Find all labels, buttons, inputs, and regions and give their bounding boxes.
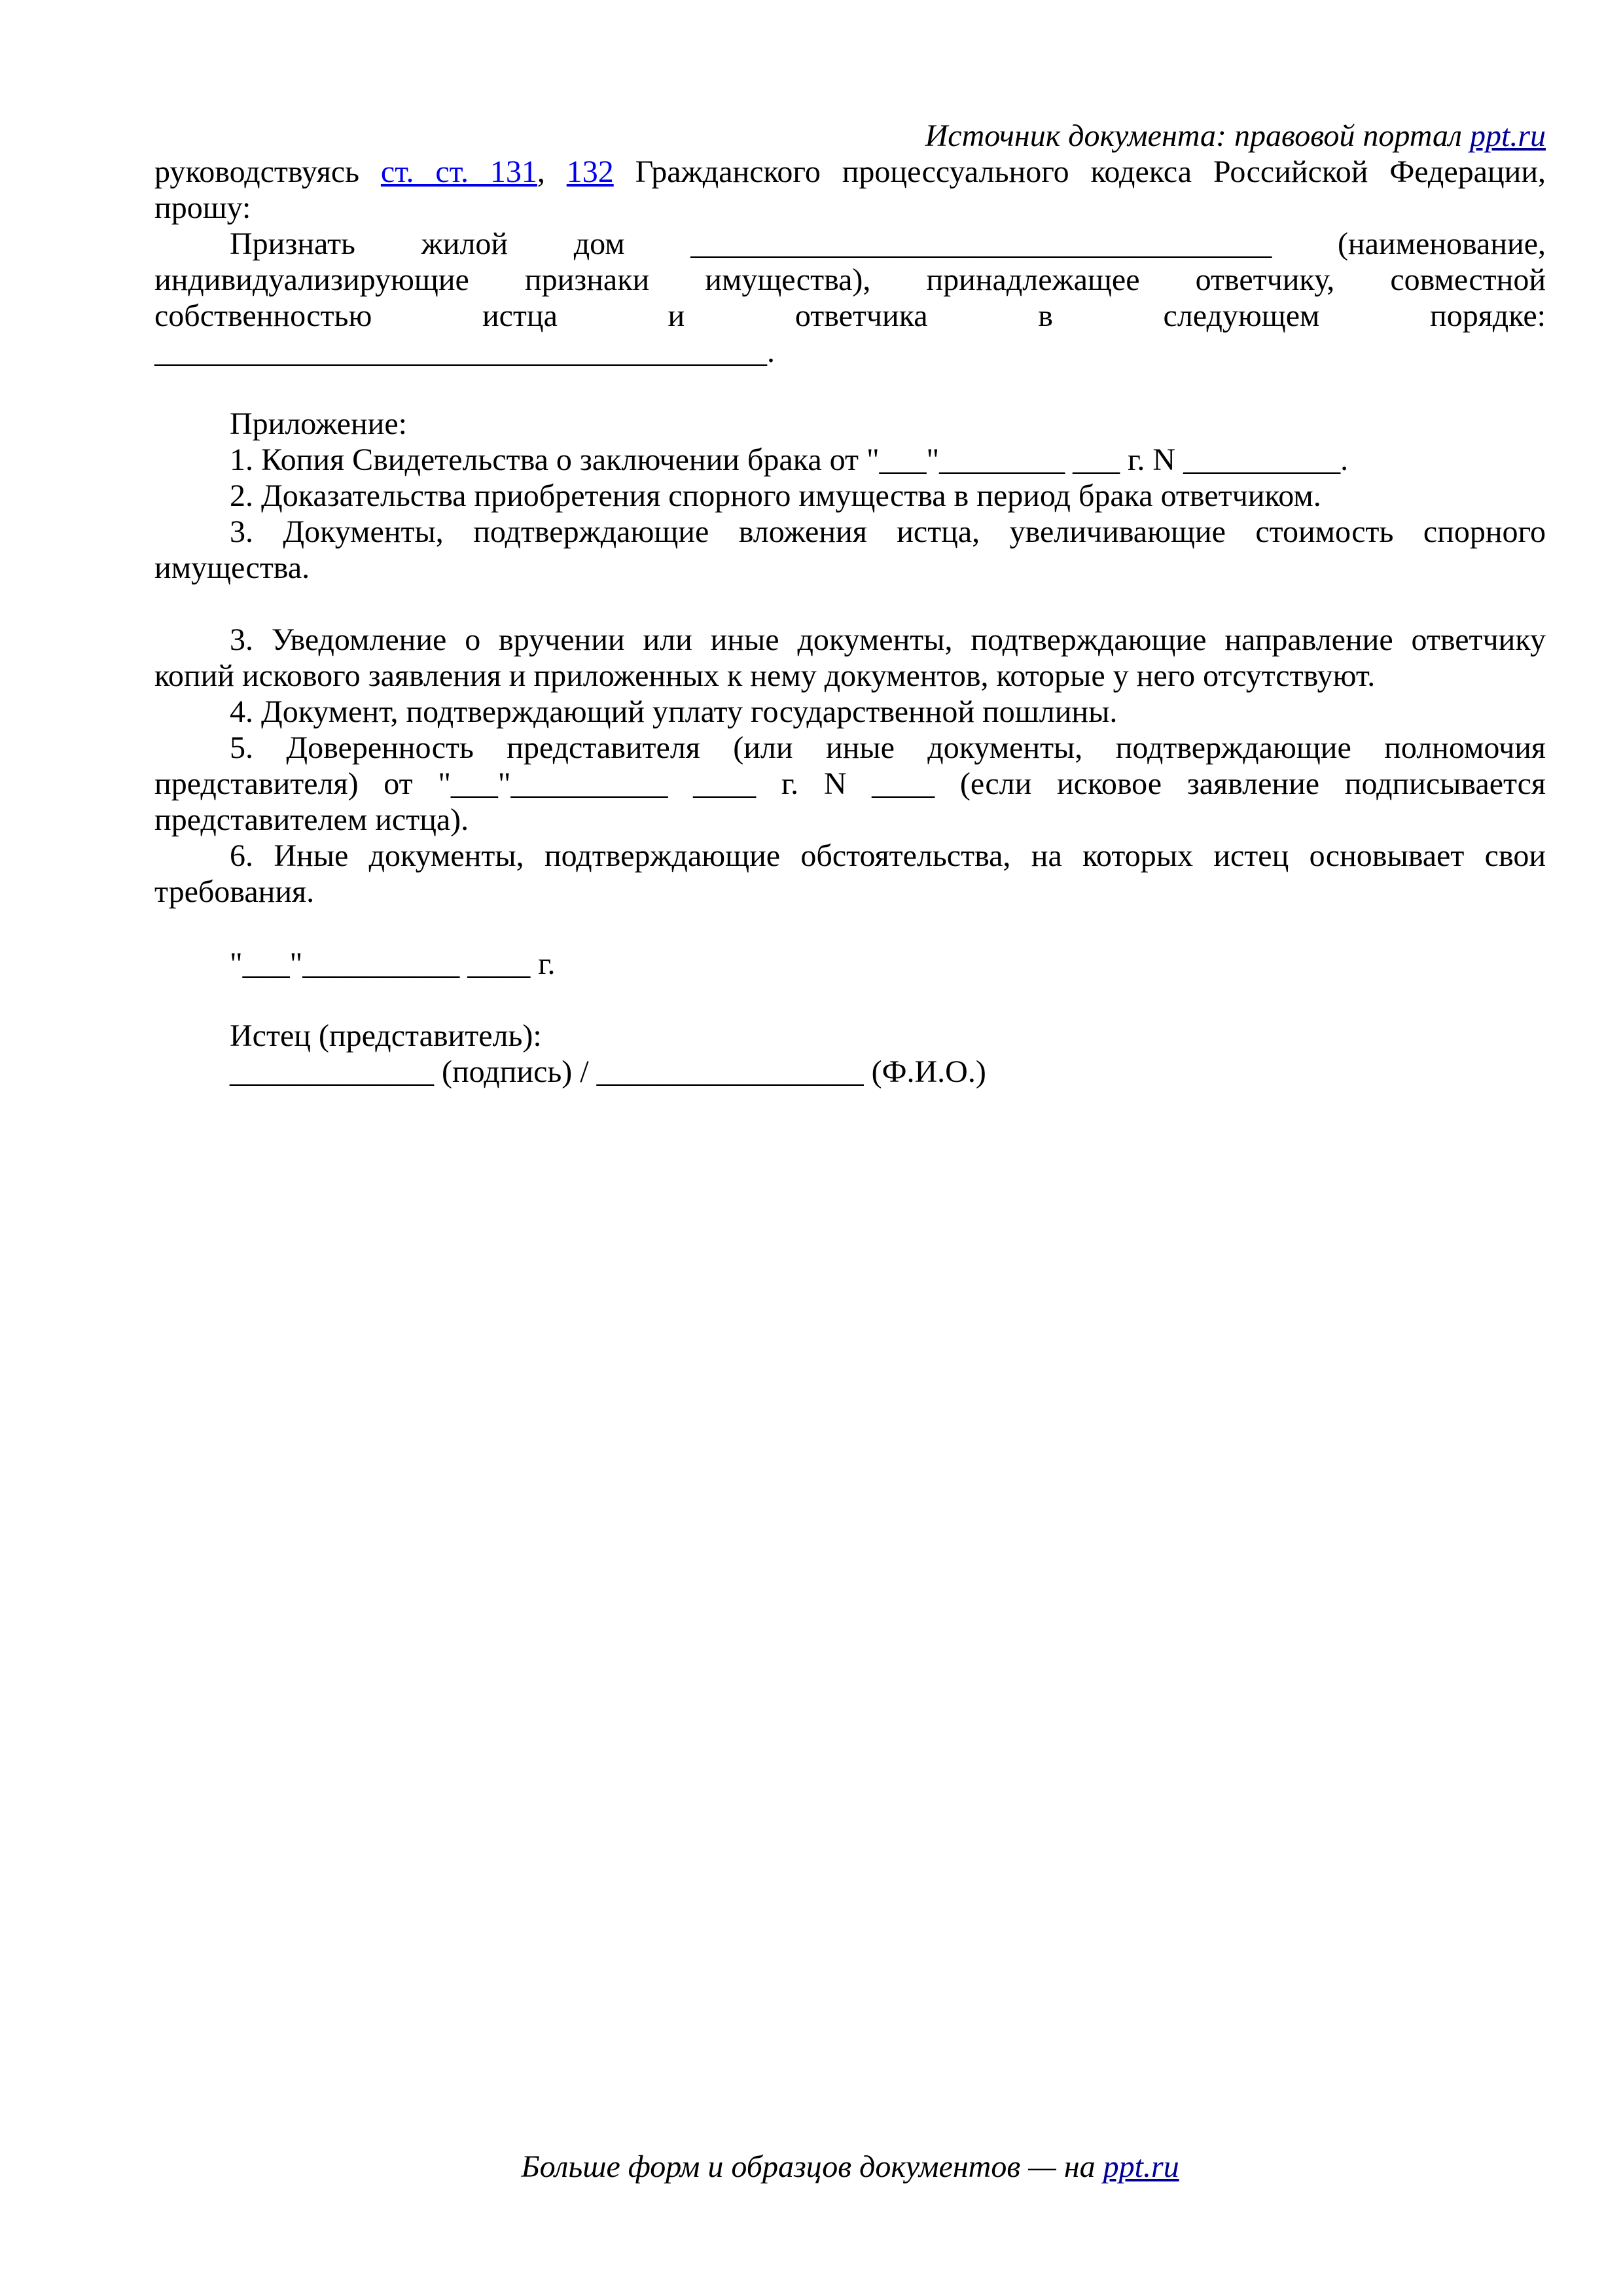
request-label: прошу: bbox=[154, 190, 1546, 226]
statute-separator: , bbox=[537, 154, 567, 189]
attachment-item-6-line-1: 6. Иные документы, подтверждающие обстоя… bbox=[154, 838, 1546, 874]
legal-basis-lead: руководствуясь bbox=[154, 154, 381, 189]
attachment-item-1: 1. Копия Свидетельства о заключении брак… bbox=[154, 442, 1546, 478]
claim-line-2: индивидуализирующие признаки имущества),… bbox=[154, 262, 1546, 298]
signer-label: Истец (представитель): bbox=[154, 1018, 1546, 1054]
date-line: "___"__________ ____ г. bbox=[154, 946, 1546, 982]
legal-basis-tail: Гражданского процессуального кодекса Рос… bbox=[614, 154, 1546, 189]
statute-link-132[interactable]: 132 bbox=[567, 154, 614, 189]
blank-line bbox=[154, 910, 1546, 946]
attachment-item-2: 2. Доказательства приобретения спорного … bbox=[154, 478, 1546, 514]
claim-line-1: Признать жилой дом _____________________… bbox=[154, 226, 1546, 262]
source-note: Источник документа: правовой портал ppt.… bbox=[154, 118, 1546, 154]
footer-note: Больше форм и образцов документов — на p… bbox=[154, 2149, 1546, 2185]
claim-fill-line: _______________________________________. bbox=[154, 334, 1546, 370]
attachment-item-5-line-3: представителем истца). bbox=[154, 802, 1546, 838]
attachment-item-5-line-1: 5. Доверенность представителя (или иные … bbox=[154, 730, 1546, 766]
footer-note-text: Больше форм и образцов документов — на bbox=[521, 2149, 1103, 2184]
blank-line bbox=[154, 586, 1546, 622]
legal-basis-line: руководствуясь ст. ст. 131, 132 Гражданс… bbox=[154, 154, 1546, 190]
attachment-item-3-line-1: 3. Документы, подтверждающие вложения ис… bbox=[154, 514, 1546, 550]
attachments-title: Приложение: bbox=[154, 406, 1546, 442]
source-note-text: Источник документа: правовой портал bbox=[925, 118, 1470, 153]
attachment-item-4: 4. Документ, подтверждающий уплату госуд… bbox=[154, 694, 1546, 730]
statute-link-131[interactable]: ст. ст. 131 bbox=[381, 154, 537, 189]
claim-line-3: собственностью истца и ответчика в следу… bbox=[154, 298, 1546, 334]
attachment-item-6-line-2: требования. bbox=[154, 874, 1546, 910]
signature-line: _____________ (подпись) / ______________… bbox=[154, 1054, 1546, 1090]
source-portal-link[interactable]: ppt.ru bbox=[1470, 118, 1546, 153]
blank-line bbox=[154, 370, 1546, 406]
attachment-item-3b-line-1: 3. Уведомление о вручении или иные докум… bbox=[154, 622, 1546, 658]
blank-line bbox=[154, 982, 1546, 1018]
footer-portal-link[interactable]: ppt.ru bbox=[1103, 2149, 1179, 2184]
attachment-item-3-line-2: имущества. bbox=[154, 550, 1546, 586]
attachment-item-5-line-2: представителя) от "___"__________ ____ г… bbox=[154, 766, 1546, 802]
document-body: Источник документа: правовой портал ppt.… bbox=[154, 118, 1546, 1090]
attachment-item-3b-line-2: копий искового заявления и приложенных к… bbox=[154, 658, 1546, 694]
